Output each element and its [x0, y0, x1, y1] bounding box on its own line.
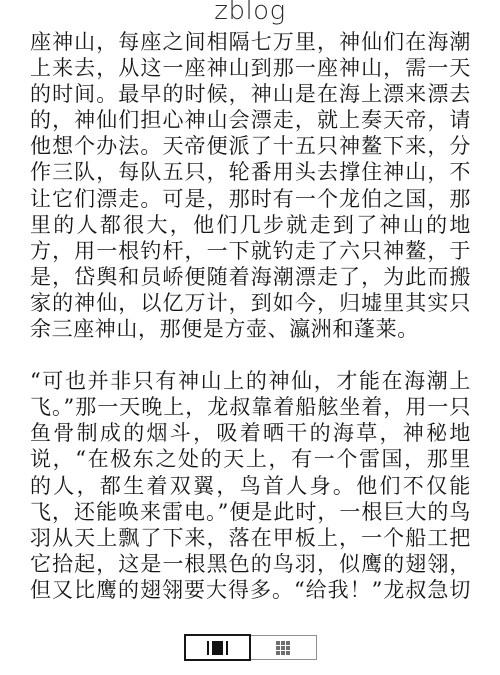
reader-content: 座神山，每座之间相隔七万里，神仙们在海潮上来去，从这一座神山到那一座神山，需一天…	[30, 29, 471, 601]
story-paragraph: 座神山，每座之间相隔七万里，神仙们在海潮上来去，从这一座神山到那一座神山，需一天…	[30, 29, 471, 342]
story-paragraph: “可也并非只有神山上的神仙，才能在海潮上飞。”那一天晚上，龙叔靠着船舷坐着，用一…	[30, 368, 471, 601]
grid-view-button[interactable]	[250, 635, 317, 660]
column-view-button[interactable]	[184, 634, 251, 661]
column-view-icon	[207, 641, 228, 655]
view-toolbar	[0, 634, 500, 661]
reader-page: zblog 座神山，每座之间相隔七万里，神仙们在海潮上来去，从这一座神山到那一座…	[0, 0, 500, 675]
page-title: zblog	[0, 0, 500, 25]
grid-view-icon	[276, 641, 290, 655]
